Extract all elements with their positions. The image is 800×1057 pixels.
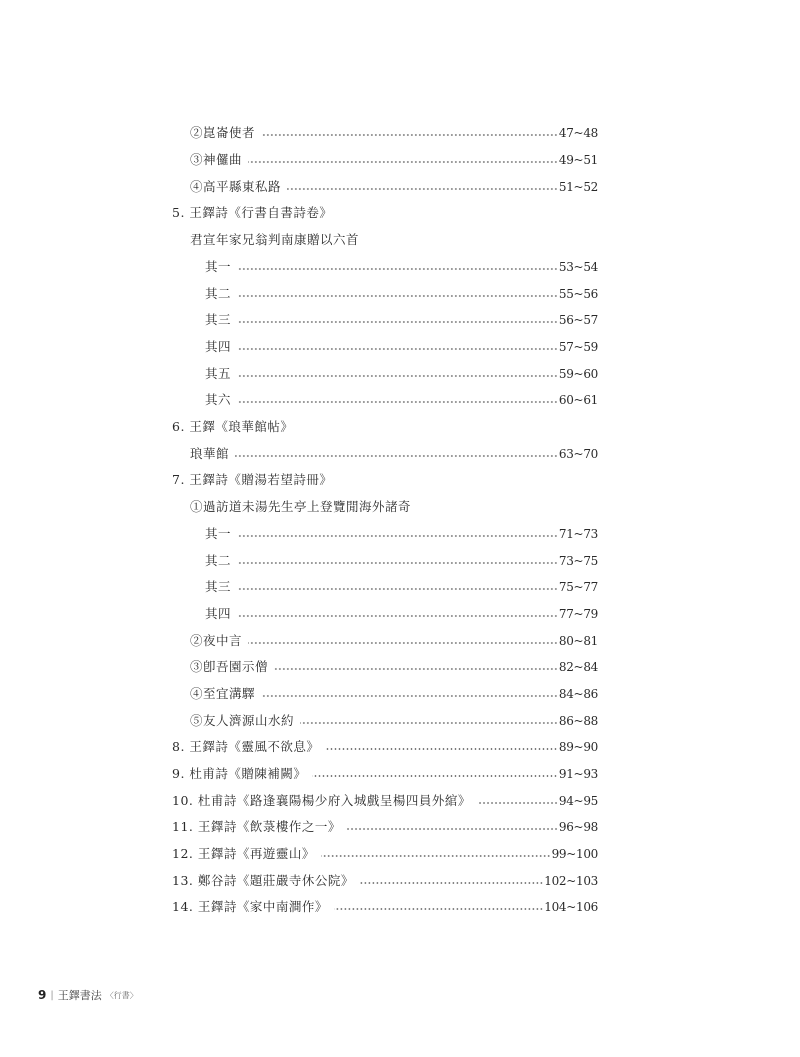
- dot-leader: [237, 375, 558, 377]
- toc-entry-title: 14. 王鐸詩《家中南澗作》: [172, 897, 334, 917]
- toc-entry-title: 10. 杜甫詩《路逢襄陽楊少府入城戲呈楊四員外綰》: [172, 791, 477, 811]
- toc-entry: ①過訪道未湯先生亭上登覽閒海外諸奇: [190, 497, 417, 517]
- toc-entry: 其一71~73: [205, 524, 598, 544]
- toc-entry-pages: 57~59: [558, 337, 598, 357]
- toc-entry: 6. 王鐸《琅華館帖》: [172, 417, 299, 437]
- toc-entry-title: ④高平縣東私路: [190, 177, 287, 197]
- toc-entry-title: ③神儸曲: [190, 150, 248, 170]
- toc-entry: 其三75~77: [205, 577, 598, 597]
- toc-entry-pages: 86~88: [558, 711, 598, 731]
- toc-entry-pages: 73~75: [558, 551, 598, 571]
- dot-leader: [237, 588, 558, 590]
- toc-entry-pages: 77~79: [558, 604, 598, 624]
- toc-entry-title: ④至宜溝驛: [190, 684, 261, 704]
- toc-entry: ④至宜溝驛84~86: [190, 684, 598, 704]
- dot-leader: [347, 828, 558, 830]
- toc-entry-pages: 91~93: [558, 764, 598, 784]
- toc-entry: ④高平縣東私路51~52: [190, 177, 598, 197]
- toc-entry: 其六60~61: [205, 390, 598, 410]
- toc-entry-title: ②崑崙使者: [190, 123, 261, 143]
- dot-leader: [321, 855, 551, 857]
- toc-entry-pages: 71~73: [558, 524, 598, 544]
- toc-entry-title: 9. 杜甫詩《贈陳補闕》: [172, 764, 312, 784]
- page-number: 9: [38, 988, 46, 1002]
- dot-leader: [237, 535, 558, 537]
- toc-entry-title: 其三: [205, 310, 237, 330]
- toc-entry: ⑤友人濟源山水約86~88: [190, 711, 598, 731]
- toc-entry-title: 其三: [205, 577, 237, 597]
- dot-leader: [360, 882, 543, 884]
- toc-entry: ②崑崙使者47~48: [190, 123, 598, 143]
- toc-entry: 其五59~60: [205, 364, 598, 384]
- toc-entry: 8. 王鐸詩《靈風不欲息》89~90: [172, 737, 598, 757]
- toc-entry: 13. 鄭谷詩《題莊嚴寺休公院》102~103: [172, 871, 598, 891]
- toc-entry-title: 11. 王鐸詩《飲菉樓作之一》: [172, 817, 347, 837]
- toc-entry-title: 13. 鄭谷詩《題莊嚴寺休公院》: [172, 871, 360, 891]
- dot-leader: [237, 348, 558, 350]
- toc-entry-pages: 49~51: [558, 150, 598, 170]
- toc-entry-title: ①過訪道未湯先生亭上登覽閒海外諸奇: [190, 497, 417, 517]
- toc-entry-pages: 51~52: [558, 177, 598, 197]
- dot-leader: [237, 401, 558, 403]
- toc-entry: 琅華館63~70: [190, 444, 598, 464]
- toc-entry-title: ③卽吾園示僧: [190, 657, 274, 677]
- toc-entry-title: 12. 王鐸詩《再遊靈山》: [172, 844, 321, 864]
- dot-leader: [237, 562, 558, 564]
- toc-entry: 其三56~57: [205, 310, 598, 330]
- toc-entry: 14. 王鐸詩《家中南澗作》104~106: [172, 897, 598, 917]
- dot-leader: [300, 722, 558, 724]
- dot-leader: [237, 268, 558, 270]
- toc-entry-pages: 60~61: [558, 390, 598, 410]
- toc-entry-title: 6. 王鐸《琅華館帖》: [172, 417, 299, 437]
- toc-entry-pages: 102~103: [543, 871, 598, 891]
- dot-leader: [274, 668, 558, 670]
- toc-entry: 其二55~56: [205, 284, 598, 304]
- toc-entry-pages: 99~100: [551, 844, 598, 864]
- toc-entry-pages: 55~56: [558, 284, 598, 304]
- footer-separator: |: [50, 990, 53, 1001]
- toc-entry: ③神儸曲49~51: [190, 150, 598, 170]
- toc-entry-pages: 47~48: [558, 123, 598, 143]
- toc-entry-title: 其四: [205, 604, 237, 624]
- toc-entry-pages: 104~106: [543, 897, 598, 917]
- book-title: 王鐸書法: [58, 987, 102, 1003]
- toc-entry-pages: 80~81: [558, 631, 598, 651]
- toc-entry-title: ⑤友人濟源山水約: [190, 711, 300, 731]
- toc-entry-title: 其四: [205, 337, 237, 357]
- toc-entry-title: 其二: [205, 551, 237, 571]
- toc-entry: 5. 王鐸詩《行書自書詩卷》: [172, 203, 338, 223]
- dot-leader: [325, 748, 557, 750]
- toc-entry-title: 其五: [205, 364, 237, 384]
- toc-entry: ②夜中言80~81: [190, 631, 598, 651]
- dot-leader: [248, 642, 558, 644]
- toc-entry: 7. 王鐸詩《贈湯若望詩冊》: [172, 470, 338, 490]
- toc-entry-pages: 56~57: [558, 310, 598, 330]
- dot-leader: [261, 695, 558, 697]
- toc-entry: 其二73~75: [205, 551, 598, 571]
- toc-entry: 12. 王鐸詩《再遊靈山》99~100: [172, 844, 598, 864]
- book-subtitle: 〈行書〉: [106, 990, 138, 1001]
- dot-leader: [261, 134, 558, 136]
- toc-entry: 9. 杜甫詩《贈陳補闕》91~93: [172, 764, 598, 784]
- toc-entry-pages: 89~90: [558, 737, 598, 757]
- toc-entry-pages: 96~98: [558, 817, 598, 837]
- dot-leader: [312, 775, 557, 777]
- toc-entry-pages: 53~54: [558, 257, 598, 277]
- dot-leader: [248, 161, 558, 163]
- dot-leader: [477, 802, 558, 804]
- toc-entry: 10. 杜甫詩《路逢襄陽楊少府入城戲呈楊四員外綰》94~95: [172, 791, 598, 811]
- toc-entry-pages: 75~77: [558, 577, 598, 597]
- toc-entry-pages: 94~95: [558, 791, 598, 811]
- dot-leader: [237, 615, 558, 617]
- dot-leader: [237, 321, 558, 323]
- toc-entry-pages: 63~70: [558, 444, 598, 464]
- toc-entry: 其四77~79: [205, 604, 598, 624]
- toc-entry-title: 其六: [205, 390, 237, 410]
- toc-entry: 11. 王鐸詩《飲菉樓作之一》96~98: [172, 817, 598, 837]
- toc-entry: ③卽吾園示僧82~84: [190, 657, 598, 677]
- toc-entry-pages: 84~86: [558, 684, 598, 704]
- toc-entry-title: ②夜中言: [190, 631, 248, 651]
- toc-entry: 其一53~54: [205, 257, 598, 277]
- toc-entry: 其四57~59: [205, 337, 598, 357]
- toc-entry-title: 其一: [205, 257, 237, 277]
- toc-entry-title: 其二: [205, 284, 237, 304]
- dot-leader: [235, 455, 558, 457]
- dot-leader: [237, 295, 558, 297]
- toc-entry-title: 7. 王鐸詩《贈湯若望詩冊》: [172, 470, 338, 490]
- toc-entry-title: 其一: [205, 524, 237, 544]
- toc-entry-title: 君宣年家兄翁判南康贈以六首: [190, 230, 365, 250]
- dot-leader: [334, 908, 543, 910]
- toc-entry: 君宣年家兄翁判南康贈以六首: [190, 230, 365, 250]
- toc-entry-title: 琅華館: [190, 444, 235, 464]
- toc-entry-title: 8. 王鐸詩《靈風不欲息》: [172, 737, 325, 757]
- dot-leader: [287, 188, 558, 190]
- toc-entry-title: 5. 王鐸詩《行書自書詩卷》: [172, 203, 338, 223]
- page-footer: 9 | 王鐸書法 〈行書〉: [38, 987, 138, 1003]
- toc-entry-pages: 82~84: [558, 657, 598, 677]
- toc-entry-pages: 59~60: [558, 364, 598, 384]
